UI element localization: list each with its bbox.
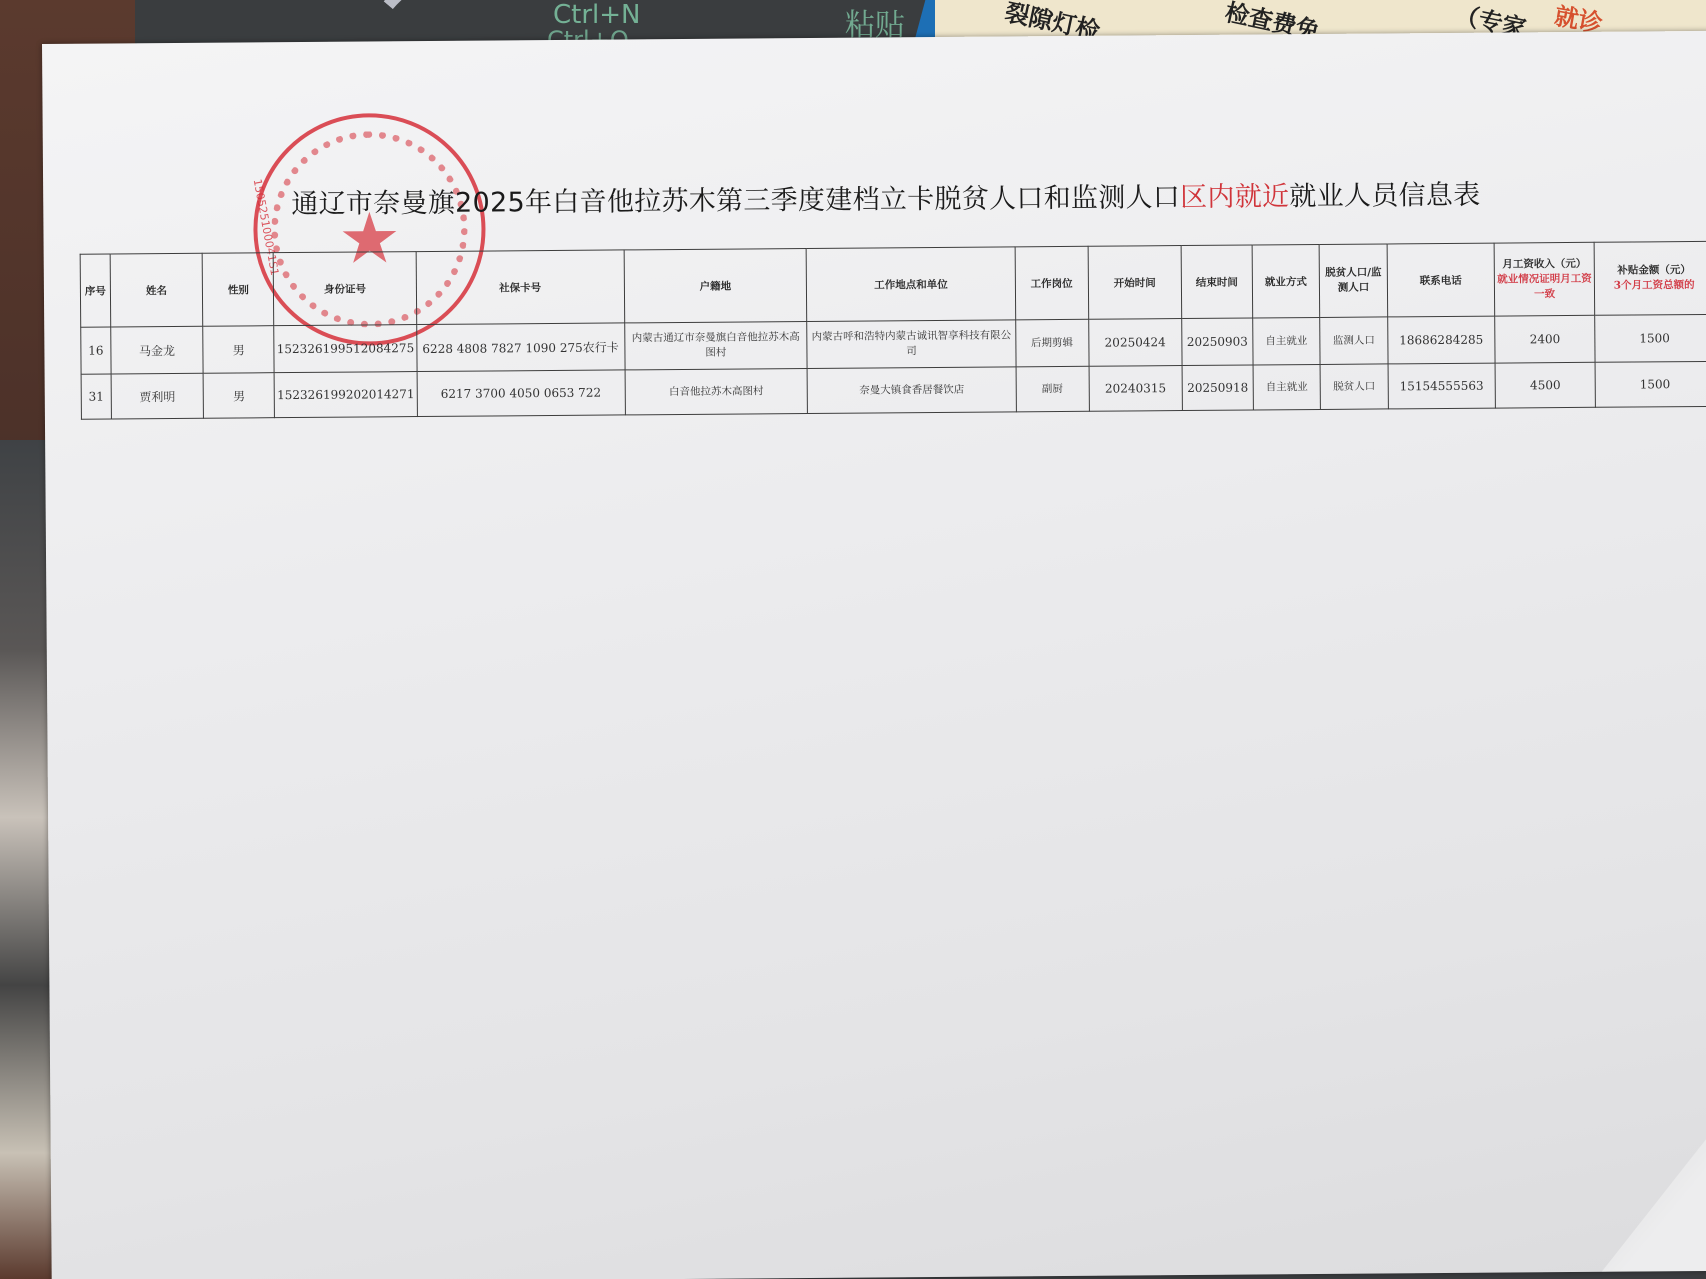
employment-info-table: 序号 姓名 性别 身份证号 社保卡号 户籍地 工作地点和单位 工作岗位 开始时间…: [80, 241, 1706, 420]
header-social-card: 社保卡号: [416, 250, 624, 325]
header-id-number: 身份证号: [273, 252, 416, 326]
cell-gender: 男: [203, 373, 274, 419]
cell-population-type: 监测人口: [1320, 317, 1388, 365]
paper-fold-corner: [1601, 1121, 1706, 1272]
header-seq: 序号: [80, 254, 110, 327]
header-workplace: 工作地点和单位: [806, 247, 1015, 322]
cell-social-card: 6217 3700 4050 0653 722: [417, 370, 625, 417]
cell-hukou: 内蒙古通辽市奈曼旗白音他拉苏木高图村: [624, 322, 807, 370]
cell-subsidy: 1500: [1595, 314, 1706, 362]
header-end: 结束时间: [1181, 245, 1252, 319]
header-monthly-income: 月工资收入（元） 就业情况证明月工资一致: [1494, 242, 1595, 316]
cell-hukou: 白音他拉苏木高图村: [625, 368, 808, 414]
header-position: 工作岗位: [1015, 246, 1088, 320]
cell-employment-type: 自主就业: [1253, 317, 1320, 365]
cell-position: 副厨: [1016, 366, 1089, 412]
cell-workplace: 奈曼大镇食香居餐饮店: [807, 367, 1016, 414]
cell-start: 20250424: [1088, 319, 1182, 367]
header-phone: 联系电话: [1387, 243, 1494, 317]
header-monthly-income-label: 月工资收入（元）: [1502, 257, 1586, 270]
cell-position: 后期剪辑: [1015, 319, 1088, 367]
header-population-type: 脱贫人口/监测人口: [1319, 244, 1388, 318]
cell-id-number: 152326199512084275: [274, 325, 417, 373]
title-text-suffix: 就业人员信息表: [1289, 180, 1480, 213]
cell-workplace: 内蒙古呼和浩特内蒙古诚讯智享科技有限公司: [807, 320, 1016, 369]
cell-phone: 15154555563: [1388, 363, 1495, 409]
header-start: 开始时间: [1088, 246, 1182, 320]
cell-social-card: 6228 4808 7827 1090 275农行卡: [416, 323, 624, 372]
cell-seq: 31: [81, 374, 111, 419]
header-gender: 性别: [203, 253, 275, 327]
title-text: 通辽市奈曼旗2025年白音他拉苏木第三季度建档立卡脱贫人口和监测人口: [291, 182, 1180, 220]
title-highlight: 区内就近: [1180, 181, 1289, 213]
header-subsidy: 补贴金额（元） 3个月工资总额的: [1595, 241, 1706, 315]
header-employment-type: 就业方式: [1252, 244, 1320, 318]
cell-start: 20240315: [1089, 366, 1183, 412]
cell-end: 20250918: [1182, 365, 1253, 411]
header-hukou: 户籍地: [624, 249, 807, 323]
header-subsidy-note: 3个月工资总额的: [1597, 278, 1706, 294]
cell-monthly-income: 2400: [1494, 315, 1595, 363]
cell-name: 马金龙: [111, 326, 204, 374]
cell-seq: 16: [81, 327, 111, 374]
cell-employment-type: 自主就业: [1253, 364, 1320, 410]
header-name: 姓名: [110, 253, 203, 327]
document-title: 通辽市奈曼旗2025年白音他拉苏木第三季度建档立卡脱贫人口和监测人口区内就近就业…: [291, 173, 1481, 221]
cell-phone: 18686284285: [1388, 316, 1495, 364]
paper-sheet: 150525100041S1 ★ 通辽市奈曼旗2025年白音他拉苏木第三季度建档…: [42, 31, 1706, 1279]
cell-name: 贾利明: [111, 373, 204, 419]
header-subsidy-label: 补贴金额（元）: [1617, 264, 1691, 277]
header-monthly-income-note: 就业情况证明月工资一致: [1497, 271, 1593, 302]
cell-monthly-income: 4500: [1495, 362, 1596, 408]
cell-gender: 男: [203, 326, 274, 374]
cell-id-number: 152326199202014271: [274, 372, 417, 418]
table-header-row: 序号 姓名 性别 身份证号 社保卡号 户籍地 工作地点和单位 工作岗位 开始时间…: [80, 241, 1706, 327]
cell-subsidy: 1500: [1596, 361, 1706, 407]
cell-population-type: 脱贫人口: [1320, 364, 1388, 410]
cell-end: 20250903: [1182, 318, 1253, 366]
